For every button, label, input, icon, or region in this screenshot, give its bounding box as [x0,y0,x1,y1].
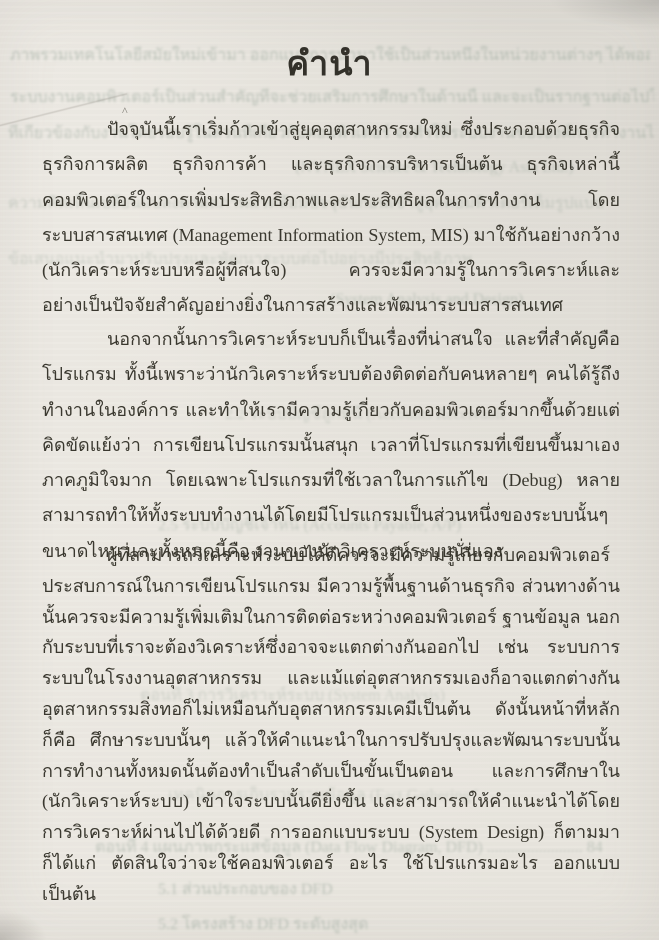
body-line: นั้นควรจะมีความรู้เพิ่มเติมในการติดต่อระ… [42,602,620,633]
body-line: (นักวิเคราะห์ระบบ) เข้าใจระบบนั้นดียิ่งข… [42,786,620,817]
body-line: ระบบในโรงงานอุตสาหกรรม และแม้แต่อุตสาหกร… [42,663,620,694]
bleedthrough-line: 5.2 โครงสร้าง DFD ระดับสูงสุด [158,915,468,935]
body-line: ประสบการณ์ในการเขียนโปรแกรม มีความรู้พื้… [42,571,620,602]
body-line: คิดขัดแย้งว่า การเขียนโปรแกรมนั้นสนุก เว… [42,428,620,463]
body-line: ธุรกิจการผลิต ธุรกิจการค้า และธุรกิจการบ… [42,147,620,182]
body-line: การทำงานทั้งหมดนั้นต้องทำเป็นลำดับเป็นขั… [42,756,620,787]
body-line: กับระบบที่เราจะต้องวิเคราะห์ซึ่งอาจจะแตก… [42,632,620,663]
scanned-preface-page: ภาพรวมเทคโนโลยีสมัยใหม่เข้ามา ออกแบบการน… [0,0,659,940]
paragraph-1: ปัจจุบันนี้เราเริ่มก้าวเข้าสู่ยุคอุตสาหก… [42,112,620,324]
body-line: (นักวิเคราะห์ระบบหรือผู้ที่สนใจ) ควรจะมี… [42,253,620,288]
body-line: ภาคภูมิใจมาก โดยเฉพาะโปรแกรมที่ใช้เวลาใน… [42,463,620,498]
body-line: ผู้ที่สามารถวิเคราะห์ระบบได้ดีควรจะมีควา… [42,540,620,571]
preface-title: คำนำ [0,36,659,90]
corner-smudge-top-right [549,0,659,30]
body-line: เป็นต้น [42,879,620,910]
paragraph-2: นอกจากนั้นการวิเคราะห์ระบบก็เป็นเรื่องที… [42,322,620,569]
body-line: โปรแกรม ทั้งนี้เพราะว่านักวิเคราะห์ระบบต… [42,357,620,392]
body-line: สามารถทำให้ทั้งระบบทำงานได้โดยมีโปรแกรมเ… [42,498,620,533]
body-line: ทำงานในองค์การ และทำให้เรามีความรู้เกี่ย… [42,393,620,428]
body-line: ก็ได้แก่ ตัดสินใจว่าจะใช้คอมพิวเตอร์ อะไ… [42,848,620,879]
body-line: ปัจจุบันนี้เราเริ่มก้าวเข้าสู่ยุคอุตสาหก… [42,112,620,147]
body-line: อุตสาหกรรมสิ่งทอก็ไม่เหมือนกับอุตสาหกรรม… [42,694,620,725]
corner-smudge-bottom-left [0,910,46,940]
body-line: การวิเคราะห์ผ่านไปได้ด้วยดี การออกแบบระบ… [42,817,620,848]
body-line: ก็คือ ศึกษาระบบนั้นๆ แล้วให้คำแนะนำในการ… [42,725,620,756]
body-line: อย่างเป็นปัจจัยสำคัญอย่างยิ่งในการสร้างแ… [42,288,620,323]
body-line: ระบบสารสนเทศ (Management Information Sys… [42,218,620,253]
body-line: คอมพิวเตอร์ในการเพิ่มประสิทธิภาพและประสิ… [42,183,620,218]
paragraph-3: ผู้ที่สามารถวิเคราะห์ระบบได้ดีควรจะมีควา… [42,540,620,910]
body-line: นอกจากนั้นการวิเคราะห์ระบบก็เป็นเรื่องที… [42,322,620,357]
